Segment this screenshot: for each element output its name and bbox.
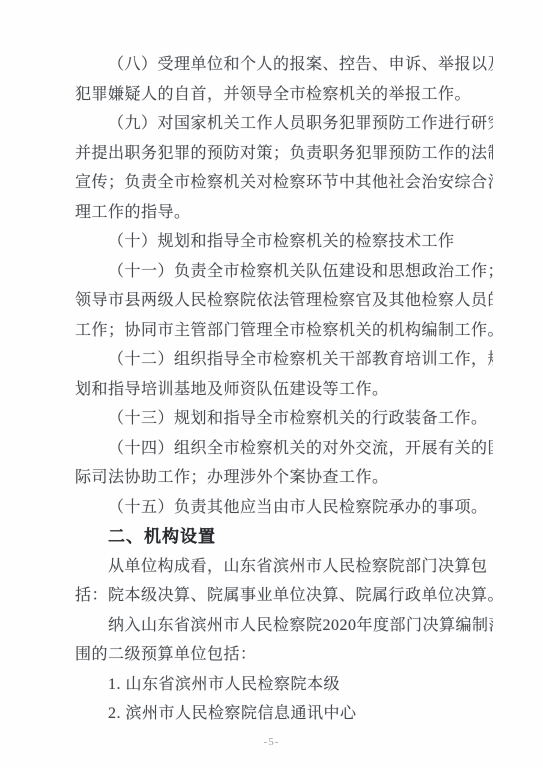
paragraph-line: 纳入山东省滨州市人民检察院2020年度部门决算编制范: [75, 611, 493, 641]
list-item-budget-unit: 1. 山东省滨州市人民检察院本级: [75, 670, 493, 700]
paragraph-line: （十三）规划和指导全市检察机关的行政装备工作。: [75, 404, 493, 434]
paragraph-line: （十）规划和指导全市检察机关的检察技术工作: [75, 227, 493, 257]
paragraph-line: 工作；协同市主管部门管理全市检察机关的机构编制工作。: [75, 316, 493, 346]
document-page: （八）受理单位和个人的报案、控告、申诉、举报以及 犯罪嫌疑人的自首，并领导全市检…: [0, 0, 543, 768]
paragraph-line: 括：院本级决算、院属事业单位决算、院属行政单位决算。: [75, 581, 493, 611]
document-content: （八）受理单位和个人的报案、控告、申诉、举报以及 犯罪嫌疑人的自首，并领导全市检…: [75, 50, 493, 729]
paragraph-line: （九）对国家机关工作人员职务犯罪预防工作进行研究: [75, 109, 493, 139]
paragraph-line: 并提出职务犯罪的预防对策；负责职务犯罪预防工作的法制: [75, 139, 493, 169]
paragraph-line: （十二）组织指导全市检察机关干部教育培训工作，规: [75, 345, 493, 375]
paragraph-line: 从单位构成看，山东省滨州市人民检察院部门决算包: [75, 552, 493, 582]
list-item-budget-unit: 2. 滨州市人民检察院信息通讯中心: [75, 699, 493, 729]
paragraph-line: 犯罪嫌疑人的自首，并领导全市检察机关的举报工作。: [75, 80, 493, 110]
paragraph-line: 围的二级预算单位包括：: [75, 640, 493, 670]
section-heading: 二、机构设置: [75, 522, 493, 552]
paragraph-line: 划和指导培训基地及师资队伍建设等工作。: [75, 375, 493, 405]
paragraph-line: 理工作的指导。: [75, 198, 493, 228]
paragraph-line: 际司法协助工作；办理涉外个案协查工作。: [75, 463, 493, 493]
paragraph-line: （十五）负责其他应当由市人民检察院承办的事项。: [75, 493, 493, 523]
paragraph-line: （十四）组织全市检察机关的对外交流，开展有关的国: [75, 434, 493, 464]
page-number: -5-: [0, 736, 543, 748]
paragraph-line: （十一）负责全市检察机关队伍建设和思想政治工作；: [75, 257, 493, 287]
paragraph-line: 宣传；负责全市检察机关对检察环节中其他社会治安综合治: [75, 168, 493, 198]
paragraph-line: （八）受理单位和个人的报案、控告、申诉、举报以及: [75, 50, 493, 80]
paragraph-line: 领导市县两级人民检察院依法管理检察官及其他检察人员的: [75, 286, 493, 316]
